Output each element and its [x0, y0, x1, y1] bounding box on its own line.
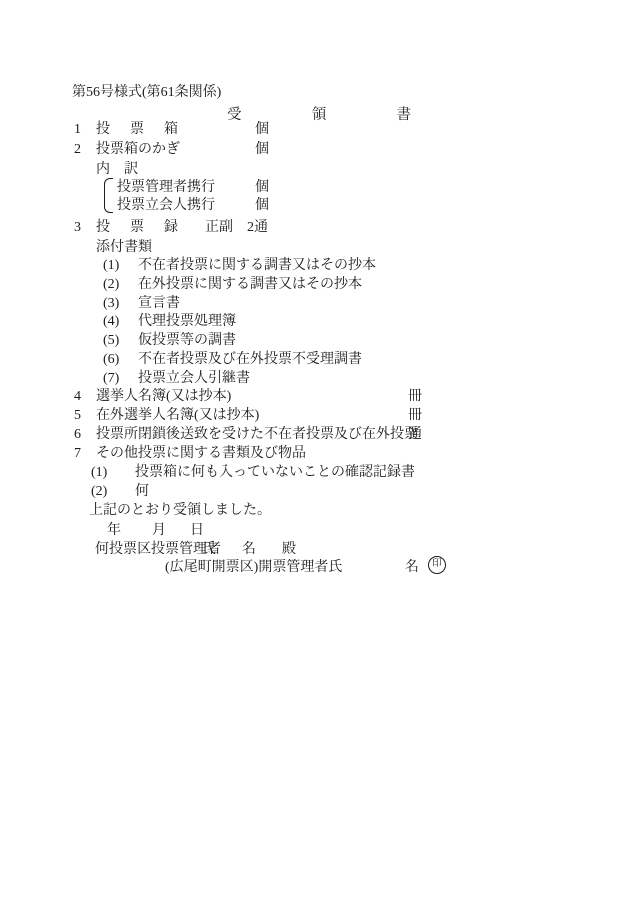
date-month-label: 月	[152, 523, 166, 539]
seal-character: 印	[432, 560, 442, 570]
attachment-4-text: 代理投票処理簿	[138, 314, 236, 330]
item2-number: 2	[74, 142, 81, 158]
breakdown-label: 内 訳	[96, 162, 138, 178]
attachment-7-number: (7)	[103, 371, 119, 387]
item7-label: その他投票に関する書類及び物品	[96, 446, 306, 462]
attachment-5-text: 仮投票等の調書	[138, 333, 236, 349]
item1-label: 投 票 箱	[96, 122, 181, 138]
item1-number: 1	[74, 122, 81, 138]
attachment-4-number: (4)	[103, 314, 119, 330]
receipt-form-page: 第56号様式(第61条関係) 受 領 書 1 投 票 箱 個 2 投票箱のかぎ …	[0, 0, 630, 916]
item4-label: 選挙人名簿(又は抄本)	[96, 389, 231, 405]
doc-title-char-2: 領	[312, 103, 327, 124]
item7-number: 7	[74, 446, 81, 462]
attachment-5-number: (5)	[103, 333, 119, 349]
attachment-6-number: (6)	[103, 352, 119, 368]
doc-title-char-3: 書	[397, 103, 412, 124]
item4-unit: 冊	[408, 389, 422, 405]
item7-sub2-text: 何	[135, 484, 149, 500]
item7-sub2-number: (2)	[91, 484, 107, 500]
date-day-label: 日	[190, 523, 204, 539]
closing-sentence: 上記のとおり受領しました。	[89, 503, 271, 519]
item1-unit: 個	[255, 122, 269, 138]
attachment-7-text: 投票立会人引継書	[138, 371, 250, 387]
addressee-honorific: 殿	[282, 542, 296, 558]
breakdown-row2-label: 投票立会人携行	[117, 198, 215, 214]
breakdown-row2-unit: 個	[255, 198, 269, 214]
breakdown-row1-label: 投票管理者携行	[117, 180, 215, 196]
bracket-brace	[104, 178, 113, 213]
item3-number: 3	[74, 220, 81, 236]
item5-unit: 冊	[408, 408, 422, 424]
attachment-3-text: 宣言書	[138, 296, 180, 312]
attachments-header: 添付書類	[96, 240, 152, 256]
item5-number: 5	[74, 408, 81, 424]
doc-title: 受 領 書	[227, 103, 411, 124]
addressee-mei: 名	[242, 542, 256, 558]
item4-number: 4	[74, 389, 81, 405]
attachment-3-number: (3)	[103, 296, 119, 312]
sender-office: (広尾町開票区)開票管理者氏	[165, 560, 342, 576]
attachment-2-number: (2)	[103, 277, 119, 293]
item2-unit: 個	[255, 142, 269, 158]
item7-sub1-number: (1)	[91, 465, 107, 481]
item6-number: 6	[74, 427, 81, 443]
attachment-1-number: (1)	[103, 258, 119, 274]
item6-label: 投票所閉鎖後送致を受けた不在者投票及び在外投票	[96, 427, 418, 443]
date-year-label: 年	[107, 523, 121, 539]
item3-label: 投 票 録	[96, 220, 181, 236]
seal-icon: 印	[428, 556, 446, 574]
doc-title-char-1: 受	[227, 103, 242, 124]
item3-copies: 正副 2通	[205, 220, 268, 236]
item6-unit: 通	[408, 427, 422, 443]
sender-name-suffix: 名	[405, 560, 419, 576]
attachment-6-text: 不在者投票及び在外投票不受理調書	[138, 352, 362, 368]
item5-label: 在外選挙人名簿(又は抄本)	[96, 408, 259, 424]
item2-label: 投票箱のかぎ	[96, 142, 180, 158]
attachment-1-text: 不在者投票に関する調書又はその抄本	[138, 258, 376, 274]
breakdown-row1-unit: 個	[255, 180, 269, 196]
addressee-shi: 氏	[202, 542, 216, 558]
attachment-2-text: 在外投票に関する調書又はその抄本	[138, 277, 362, 293]
form-number: 第56号様式(第61条関係)	[72, 85, 221, 101]
item7-sub1-text: 投票箱に何も入っていないことの確認記録書	[135, 465, 415, 481]
